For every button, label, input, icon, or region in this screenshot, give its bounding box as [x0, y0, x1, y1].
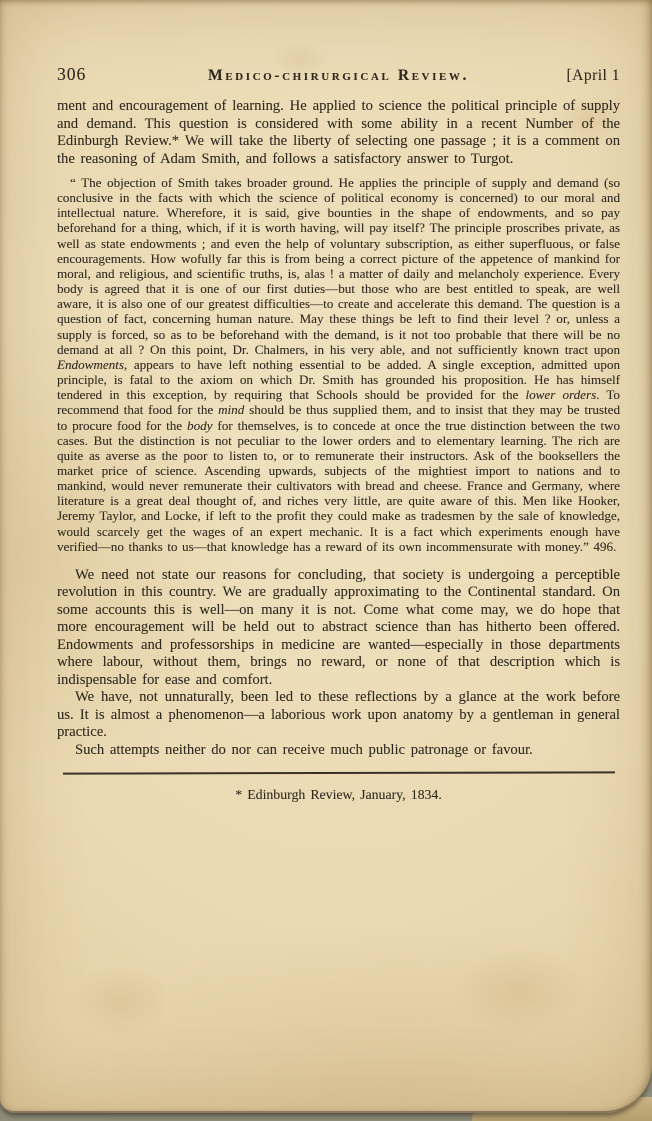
journal-title: Medico-chirurgical Review.: [149, 67, 528, 85]
paragraph-reflections: We have, not unnaturally, been led to th…: [57, 689, 620, 742]
page-paper: 306 Medico-chirurgical Review. [April 1 …: [0, 0, 652, 1113]
paragraph-continuation: ment and encouragement of learning. He a…: [57, 98, 620, 168]
paragraph-patronage: Such attempts neither do nor can receive…: [57, 742, 620, 760]
quote-italic-endowments: Endowments: [57, 357, 124, 372]
issue-date: [April 1: [528, 67, 620, 85]
block-quote: “ The objection of Smith takes broader g…: [57, 175, 620, 554]
quote-text: for themselves, is to concede at once th…: [57, 418, 620, 554]
running-head: 306 Medico-chirurgical Review. [April 1: [57, 64, 620, 85]
quote-text: “ The objection of Smith takes broader g…: [57, 175, 620, 357]
footnote: * Edinburgh Review, January, 1834.: [57, 787, 620, 803]
scanned-book-page: 306 Medico-chirurgical Review. [April 1 …: [0, 0, 652, 1121]
quote-italic-mind: mind: [218, 402, 244, 417]
footnote-rule: [63, 772, 615, 775]
page-content: 306 Medico-chirurgical Review. [April 1 …: [57, 64, 620, 803]
footnote-text: Edinburgh Review, January, 1834.: [247, 787, 442, 802]
footnote-marker: *: [235, 787, 242, 802]
quote-italic-lower-orders: lower orders: [525, 387, 596, 402]
quote-italic-body: body: [187, 418, 212, 433]
page-number: 306: [57, 64, 149, 85]
paragraph-society-revolution: We need not state our reasons for conclu…: [57, 567, 620, 690]
